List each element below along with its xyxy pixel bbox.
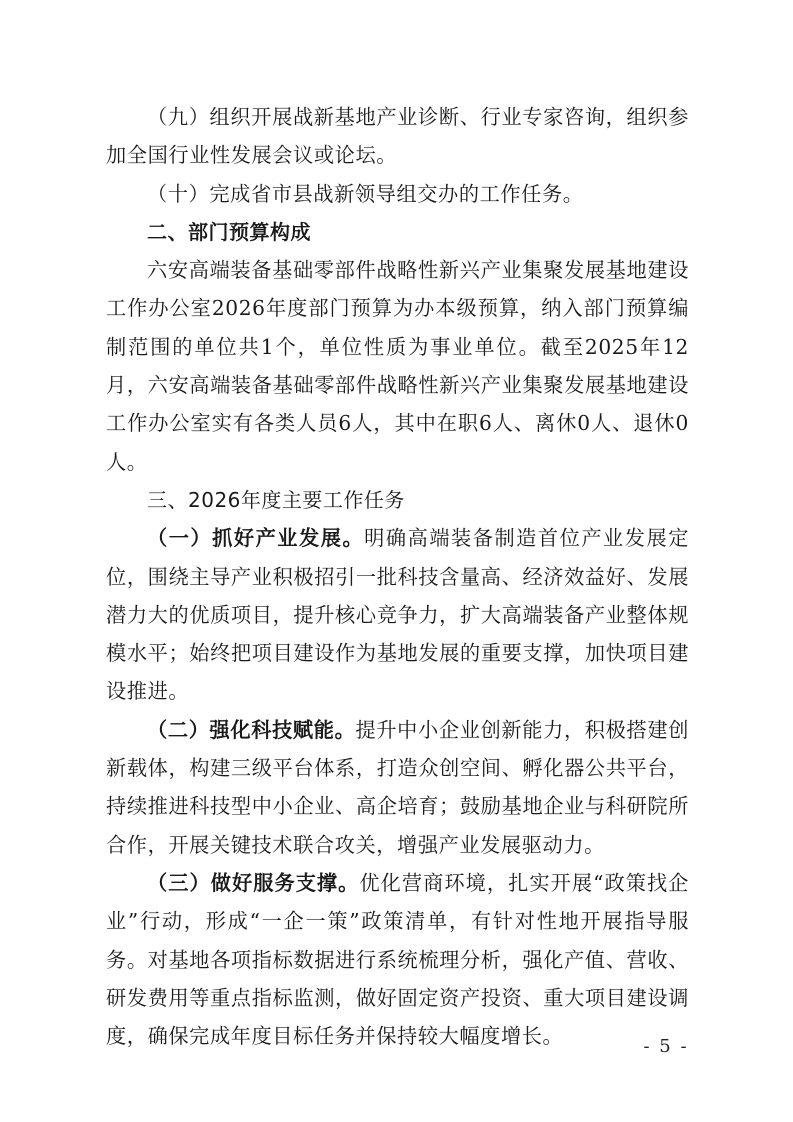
section-heading-budget-composition: 二、部门预算构成 — [106, 213, 689, 251]
task-paragraph-3: （三）做好服务支撑。优化营商环境，扎实开展“政策找企业”行动，形成“一企一策”政… — [106, 864, 689, 1055]
task-paragraph-1: （一）抓好产业发展。明确高端装备制造首位产业发展定位，围绕主导产业积极招引一批科… — [106, 519, 689, 710]
page-number: - 5 - — [640, 1036, 692, 1057]
task-paragraph-2: （二）强化科技赋能。提升中小企业创新能力，积极搭建创新载体，构建三级平台体系，打… — [106, 711, 689, 864]
paragraph-item-10: （十）完成省市县战新领导组交办的工作任务。 — [106, 175, 689, 213]
section-heading-main-tasks: 三、2026年度主要工作任务 — [106, 481, 689, 519]
task-lead-2: （二）强化科技赋能。 — [147, 718, 355, 742]
task-lead-3: （三）做好服务支撑。 — [147, 871, 359, 895]
task-lead-1: （一）抓好产业发展。 — [147, 526, 364, 550]
document-page: （九）组织开展战新基地产业诊断、行业专家咨询，组织参加全国行业性发展会议或论坛。… — [106, 98, 689, 1055]
task-body-1: 明确高端装备制造首位产业发展定位，围绕主导产业积极招引一批科技含量高、经济效益好… — [106, 526, 689, 703]
paragraph-item-9: （九）组织开展战新基地产业诊断、行业专家咨询，组织参加全国行业性发展会议或论坛。 — [106, 98, 689, 175]
task-body-3: 优化营商环境，扎实开展“政策找企业”行动，形成“一企一策”政策清单，有针对性地开… — [106, 871, 689, 1048]
paragraph-budget-composition: 六安高端装备基础零部件战略性新兴产业集聚发展基地建设工作办公室2026年度部门预… — [106, 251, 689, 481]
